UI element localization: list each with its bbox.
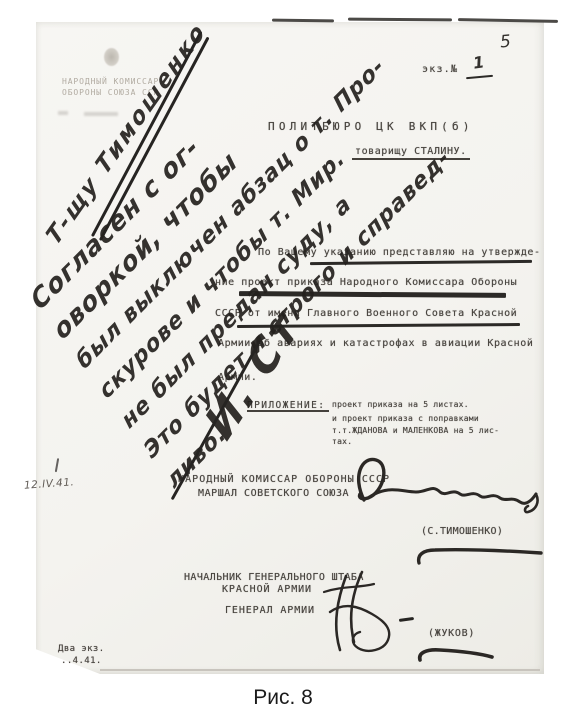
commissar-name: (С.ТИМОШЕНКО) [421,526,503,537]
commissar-title-line2: МАРШАЛ СОВЕТСКОГО СОЮЗА [198,488,349,499]
copy-label: экз.№ [422,64,458,75]
chief-name: (ЖУКОВ) [428,628,475,639]
scan-edge [458,18,558,22]
page-number: 5 [499,32,512,53]
figure-caption: Рис. 8 [0,686,566,710]
scan-bottom-edge [100,669,540,671]
flourish-stroke-bottom [416,645,496,665]
chief-title-line2: КРАСНОЙ АРМИИ [222,584,312,595]
zhukov-signature [300,568,412,663]
timoshenko-signature [348,450,548,520]
attachment-line: и проект приказа с поправками [332,414,479,423]
letterhead-smudge [58,111,68,115]
flourish-stroke-top [415,547,545,565]
attachment-line: проект приказа на 5 листах. [332,400,469,409]
soviet-emblem-icon [104,48,119,66]
scan-edge [348,18,452,21]
attachment-line: т.т.ЖДАНОВА и МАЛЕНКОВА на 5 лис- [332,426,499,435]
footer-date: ..4.41. [61,656,102,666]
letterhead-smudge [84,112,118,116]
footer-copies: Два экз. [58,644,105,654]
attachment-line: тах. [332,437,352,446]
